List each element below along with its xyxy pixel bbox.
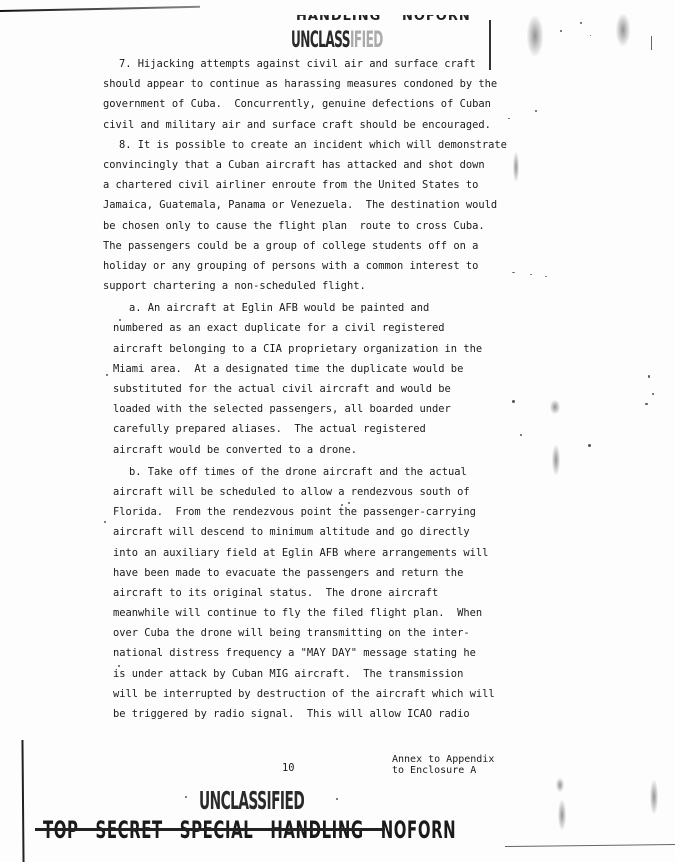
paragraph-7: 7. Hijacking attempts against civil air … [103, 54, 503, 135]
text-line: convincingly that a Cuban aircraft has a… [103, 155, 503, 175]
text-line: be chosen only to cause the flight plan … [103, 216, 503, 236]
text-line: numbered as an exact duplicate for a civ… [103, 318, 503, 338]
scan-edge-left [21, 740, 24, 862]
strikethrough-line [35, 828, 385, 831]
scan-noise [535, 110, 537, 112]
scan-noise [650, 780, 658, 814]
footer-classification-stamp: TOP SECRET SPECIAL HANDLING NOFORN [35, 816, 385, 844]
text-line: aircraft would be converted to a drone. [103, 440, 503, 460]
scan-edge-top [0, 6, 200, 12]
text-line: aircraft will be scheduled to allow a re… [103, 482, 503, 502]
text-line: 7. Hijacking attempts against civil air … [103, 54, 503, 74]
scan-noise [530, 274, 532, 275]
subparagraph-b: b. Take off times of the drone aircraft … [103, 462, 503, 724]
header-classification-stamp: HANDLING NOFORN [296, 15, 486, 29]
text-line: into an auxiliary field at Eglin AFB whe… [103, 543, 503, 563]
annex-reference: Annex to Appendix to Enclosure A [392, 754, 494, 776]
scan-noise [513, 152, 519, 182]
document-body: 7. Hijacking attempts against civil air … [103, 54, 503, 724]
scan-noise [580, 22, 582, 24]
subparagraph-a: a. An aircraft at Eglin AFB would be pai… [103, 298, 503, 460]
text-line: holiday or any grouping of persons with … [103, 256, 503, 276]
margin-mark [651, 36, 652, 50]
header-stamp-noforn: NOFORN [402, 15, 471, 24]
text-line: be triggered by radio signal. This will … [103, 704, 503, 724]
scan-noise [512, 400, 515, 403]
text-line: 8. It is possible to create an incident … [103, 135, 503, 155]
text-line: have been made to evacuate the passenger… [103, 563, 503, 583]
text-line: b. Take off times of the drone aircraft … [103, 462, 503, 482]
page-number: 10 [282, 762, 295, 774]
text-line: will be interrupted by destruction of th… [103, 684, 503, 704]
text-line: Miami area. At a designated time the dup… [103, 359, 503, 379]
text-line: support chartering a non-scheduled fligh… [103, 276, 503, 296]
text-line: loaded with the selected passengers, all… [103, 399, 503, 419]
scan-noise [185, 796, 187, 798]
scan-noise [508, 118, 510, 119]
text-line: meanwhile will continue to fly the filed… [103, 603, 503, 623]
scan-noise [652, 393, 654, 395]
unclassified-stamp-bottom: UNCLASSIFIED [199, 786, 304, 815]
scan-noise [520, 434, 522, 436]
text-line: aircraft to its original status. The dro… [103, 583, 503, 603]
scan-noise [648, 375, 650, 378]
scan-noise [556, 778, 564, 792]
scan-noise [645, 403, 648, 405]
scan-noise [560, 30, 562, 32]
text-line: should appear to continue as harassing m… [103, 74, 503, 94]
text-line: over Cuba the drone will being transmitt… [103, 623, 503, 643]
text-line: Jamaica, Guatemala, Panama or Venezuela.… [103, 195, 503, 215]
paragraph-8: 8. It is possible to create an incident … [103, 135, 503, 297]
scan-noise [550, 400, 560, 414]
text-line: Florida. From the rendezvous point the p… [103, 502, 503, 522]
text-line: substituted for the actual civil aircraf… [103, 379, 503, 399]
scan-noise [588, 444, 591, 447]
text-line: aircraft belonging to a CIA proprietary … [103, 339, 503, 359]
text-line: government of Cuba. Concurrently, genuin… [103, 94, 503, 114]
text-line: a chartered civil airliner enroute from … [103, 175, 503, 195]
scan-noise [512, 272, 515, 273]
text-line: The passengers could be a group of colle… [103, 236, 503, 256]
text-line: carefully prepared aliases. The actual r… [103, 419, 503, 439]
text-line: national distress frequency a "MAY DAY" … [103, 643, 503, 663]
header-stamp-handling: HANDLING [296, 15, 381, 24]
text-line: a. An aircraft at Eglin AFB would be pai… [103, 298, 503, 318]
text-line: aircraft will descend to minimum altitud… [103, 522, 503, 542]
scan-noise [558, 800, 566, 830]
scanned-document-page: HANDLING NOFORN UNCLASSIFIED 7. Hijackin… [0, 0, 675, 862]
scan-edge-bottom [505, 844, 675, 847]
scan-noise [527, 16, 543, 56]
scan-noise [545, 276, 547, 277]
scan-noise [336, 798, 338, 800]
text-line: is under attack by Cuban MIG aircraft. T… [103, 664, 503, 684]
unclassified-stamp-top: UNCLASSIFIED [291, 28, 383, 53]
text-line: civil and military air and surface craft… [103, 115, 503, 135]
scan-noise [590, 35, 591, 36]
scan-noise [616, 14, 630, 46]
scan-noise [552, 445, 560, 475]
